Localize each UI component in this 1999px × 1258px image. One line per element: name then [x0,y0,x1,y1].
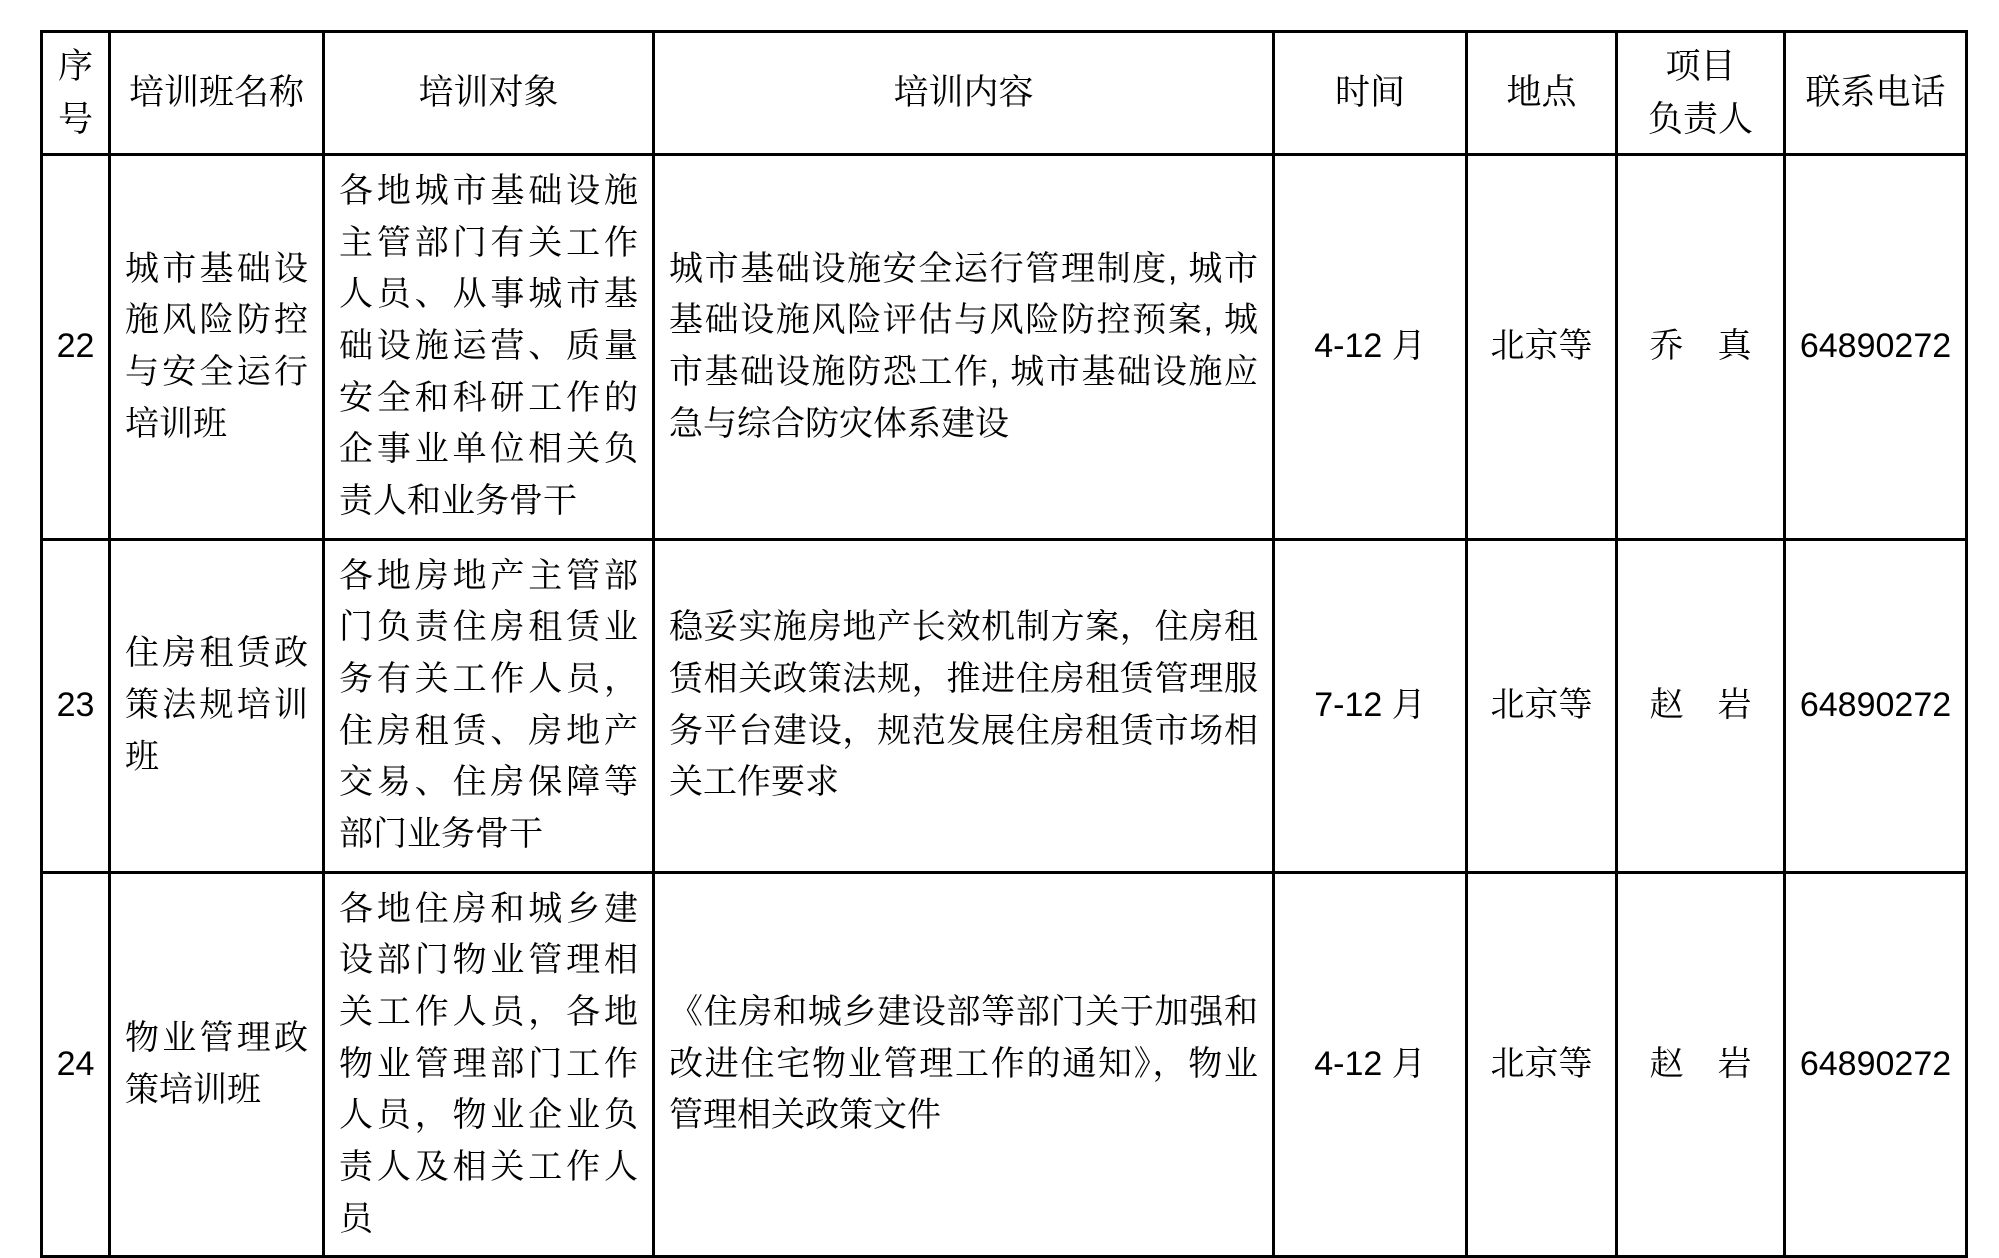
cell-phone: 64890272 [1785,539,1967,872]
table-row: 23 住房租赁政策法规培训班 各地房地产主管部门负责住房租赁业务有关工作人员，住… [42,539,1967,872]
header-content: 培训内容 [654,32,1274,155]
cell-time: 4-12 月 [1274,872,1467,1257]
cell-index: 22 [42,155,110,540]
cell-manager: 赵 岩 [1617,539,1785,872]
cell-name: 物业管理政策培训班 [110,872,324,1257]
cell-manager: 乔 真 [1617,155,1785,540]
page: 序 号 培训班名称 培训对象 培训内容 时间 地点 项目 负责人 联系电话 22… [0,0,1999,1047]
header-index: 序 号 [42,32,110,155]
header-name: 培训班名称 [110,32,324,155]
training-schedule-table: 序 号 培训班名称 培训对象 培训内容 时间 地点 项目 负责人 联系电话 22… [40,30,1968,1258]
cell-location: 北京等 [1467,872,1617,1257]
header-row: 序 号 培训班名称 培训对象 培训内容 时间 地点 项目 负责人 联系电话 [42,32,1967,155]
header-location: 地点 [1467,32,1617,155]
cell-audience: 各地房地产主管部门负责住房租赁业务有关工作人员，住房租赁、房地产交易、住房保障等… [324,539,654,872]
cell-manager: 赵 岩 [1617,872,1785,1257]
cell-content: 城市基础设施安全运行管理制度, 城市基础设施风险评估与风险防控预案, 城市基础设… [654,155,1274,540]
cell-content: 稳妥实施房地产长效机制方案，住房租赁相关政策法规，推进住房租赁管理服务平台建设，… [654,539,1274,872]
cell-index: 23 [42,539,110,872]
header-manager: 项目 负责人 [1617,32,1785,155]
cell-location: 北京等 [1467,539,1617,872]
cell-location: 北京等 [1467,155,1617,540]
cell-audience: 各地住房和城乡建设部门物业管理相关工作人员，各地物业管理部门工作人员，物业企业负… [324,872,654,1257]
header-time: 时间 [1274,32,1467,155]
table-row: 22 城市基础设施风险防控与安全运行培训班 各地城市基础设施主管部门有关工作人员… [42,155,1967,540]
cell-time: 4-12 月 [1274,155,1467,540]
cell-time: 7-12 月 [1274,539,1467,872]
header-audience: 培训对象 [324,32,654,155]
cell-audience: 各地城市基础设施主管部门有关工作人员、从事城市基础设施运营、质量安全和科研工作的… [324,155,654,540]
cell-content: 《住房和城乡建设部等部门关于加强和改进住宅物业管理工作的通知》，物业管理相关政策… [654,872,1274,1257]
cell-phone: 64890272 [1785,872,1967,1257]
cell-index: 24 [42,872,110,1257]
cell-phone: 64890272 [1785,155,1967,540]
table-row: 24 物业管理政策培训班 各地住房和城乡建设部门物业管理相关工作人员，各地物业管… [42,872,1967,1257]
cell-name: 住房租赁政策法规培训班 [110,539,324,872]
cell-name: 城市基础设施风险防控与安全运行培训班 [110,155,324,540]
header-phone: 联系电话 [1785,32,1967,155]
